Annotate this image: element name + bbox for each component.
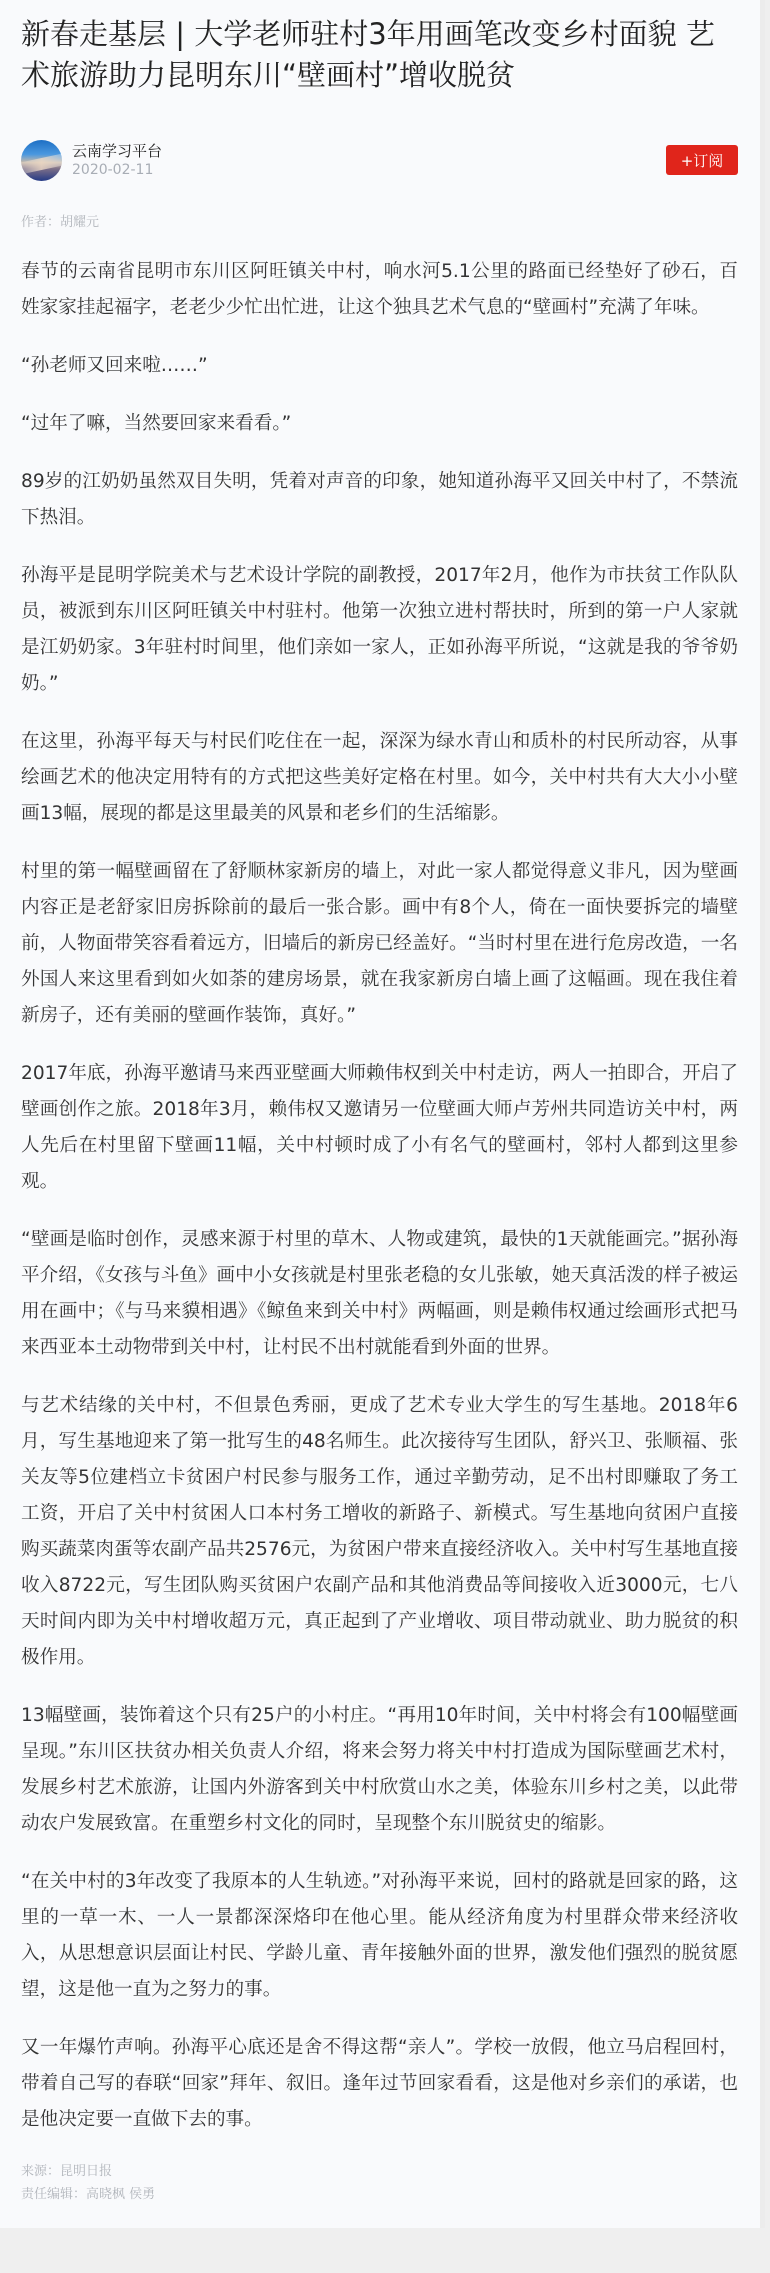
paragraph: 孙海平是昆明学院美术与艺术设计学院的副教授，2017年2月，他作为市扶贫工作队队… (21, 558, 738, 702)
article-page: 新春走基层 | 大学老师驻村3年用画笔改变乡村面貌 艺术旅游助力昆明东川“壁画村… (0, 0, 765, 2228)
mountain-landscape-avatar-icon[interactable] (21, 140, 62, 181)
article-body: 春节的云南省昆明市东川区阿旺镇关中村，响水河5.1公里的路面已经垫好了砂石，百姓… (0, 254, 760, 2138)
paragraph: “在关中村的3年改变了我原本的人生轨迹。”对孙海平来说，回村的路就是回家的路，这… (21, 1864, 738, 2008)
paragraph: 在这里，孙海平每天与村民们吃住在一起，深深为绿水青山和质朴的村民所动容，从事绘画… (21, 724, 738, 832)
paragraph: 13幅壁画，装饰着这个只有25户的小村庄。“再用10年时间，关中村将会有100幅… (21, 1698, 738, 1842)
article-footer: 来源：昆明日报 责任编辑：高晓枫 侯勇 (0, 2160, 760, 2206)
paragraph: “孙老师又回来啦……” (21, 348, 738, 384)
paragraph: 89岁的江奶奶虽然双目失明，凭着对声音的印象，她知道孙海平又回关中村了，不禁流下… (21, 464, 738, 536)
paragraph: “壁画是临时创作，灵感来源于村里的草木、人物或建筑，最快的1天就能画完。”据孙海… (21, 1222, 738, 1366)
subscribe-button[interactable]: +订阅 (666, 145, 738, 175)
source-row: 云南学习平台 2020-02-11 +订阅 (0, 139, 760, 181)
paragraph: 2017年底，孙海平邀请马来西亚壁画大师赖伟权到关中村走访，两人一拍即合，开启了… (21, 1056, 738, 1200)
source-block[interactable]: 云南学习平台 2020-02-11 (21, 140, 162, 181)
page-bottom-gutter (0, 2228, 770, 2263)
source-name[interactable]: 云南学习平台 (72, 141, 162, 161)
paragraph: 与艺术结缘的关中村，不但景色秀丽，更成了艺术专业大学生的写生基地。2018年6月… (21, 1388, 738, 1676)
source-credit: 来源：昆明日报 (21, 2160, 738, 2183)
source-info: 云南学习平台 2020-02-11 (72, 141, 162, 180)
paragraph: 又一年爆竹声响。孙海平心底还是舍不得这帮“亲人”。学校一放假，他立马启程回村，带… (21, 2030, 738, 2138)
article-title: 新春走基层 | 大学老师驻村3年用画笔改变乡村面貌 艺术旅游助力昆明东川“壁画村… (0, 0, 760, 96)
author-line: 作者：胡耀元 (0, 214, 760, 232)
publish-date: 2020-02-11 (72, 161, 162, 180)
editor-credit: 责任编辑：高晓枫 侯勇 (21, 2183, 738, 2206)
paragraph: 村里的第一幅壁画留在了舒顺林家新房的墙上，对此一家人都觉得意义非凡，因为壁画内容… (21, 854, 738, 1034)
paragraph: 春节的云南省昆明市东川区阿旺镇关中村，响水河5.1公里的路面已经垫好了砂石，百姓… (21, 254, 738, 326)
paragraph: “过年了嘛，当然要回家来看看。” (21, 406, 738, 442)
